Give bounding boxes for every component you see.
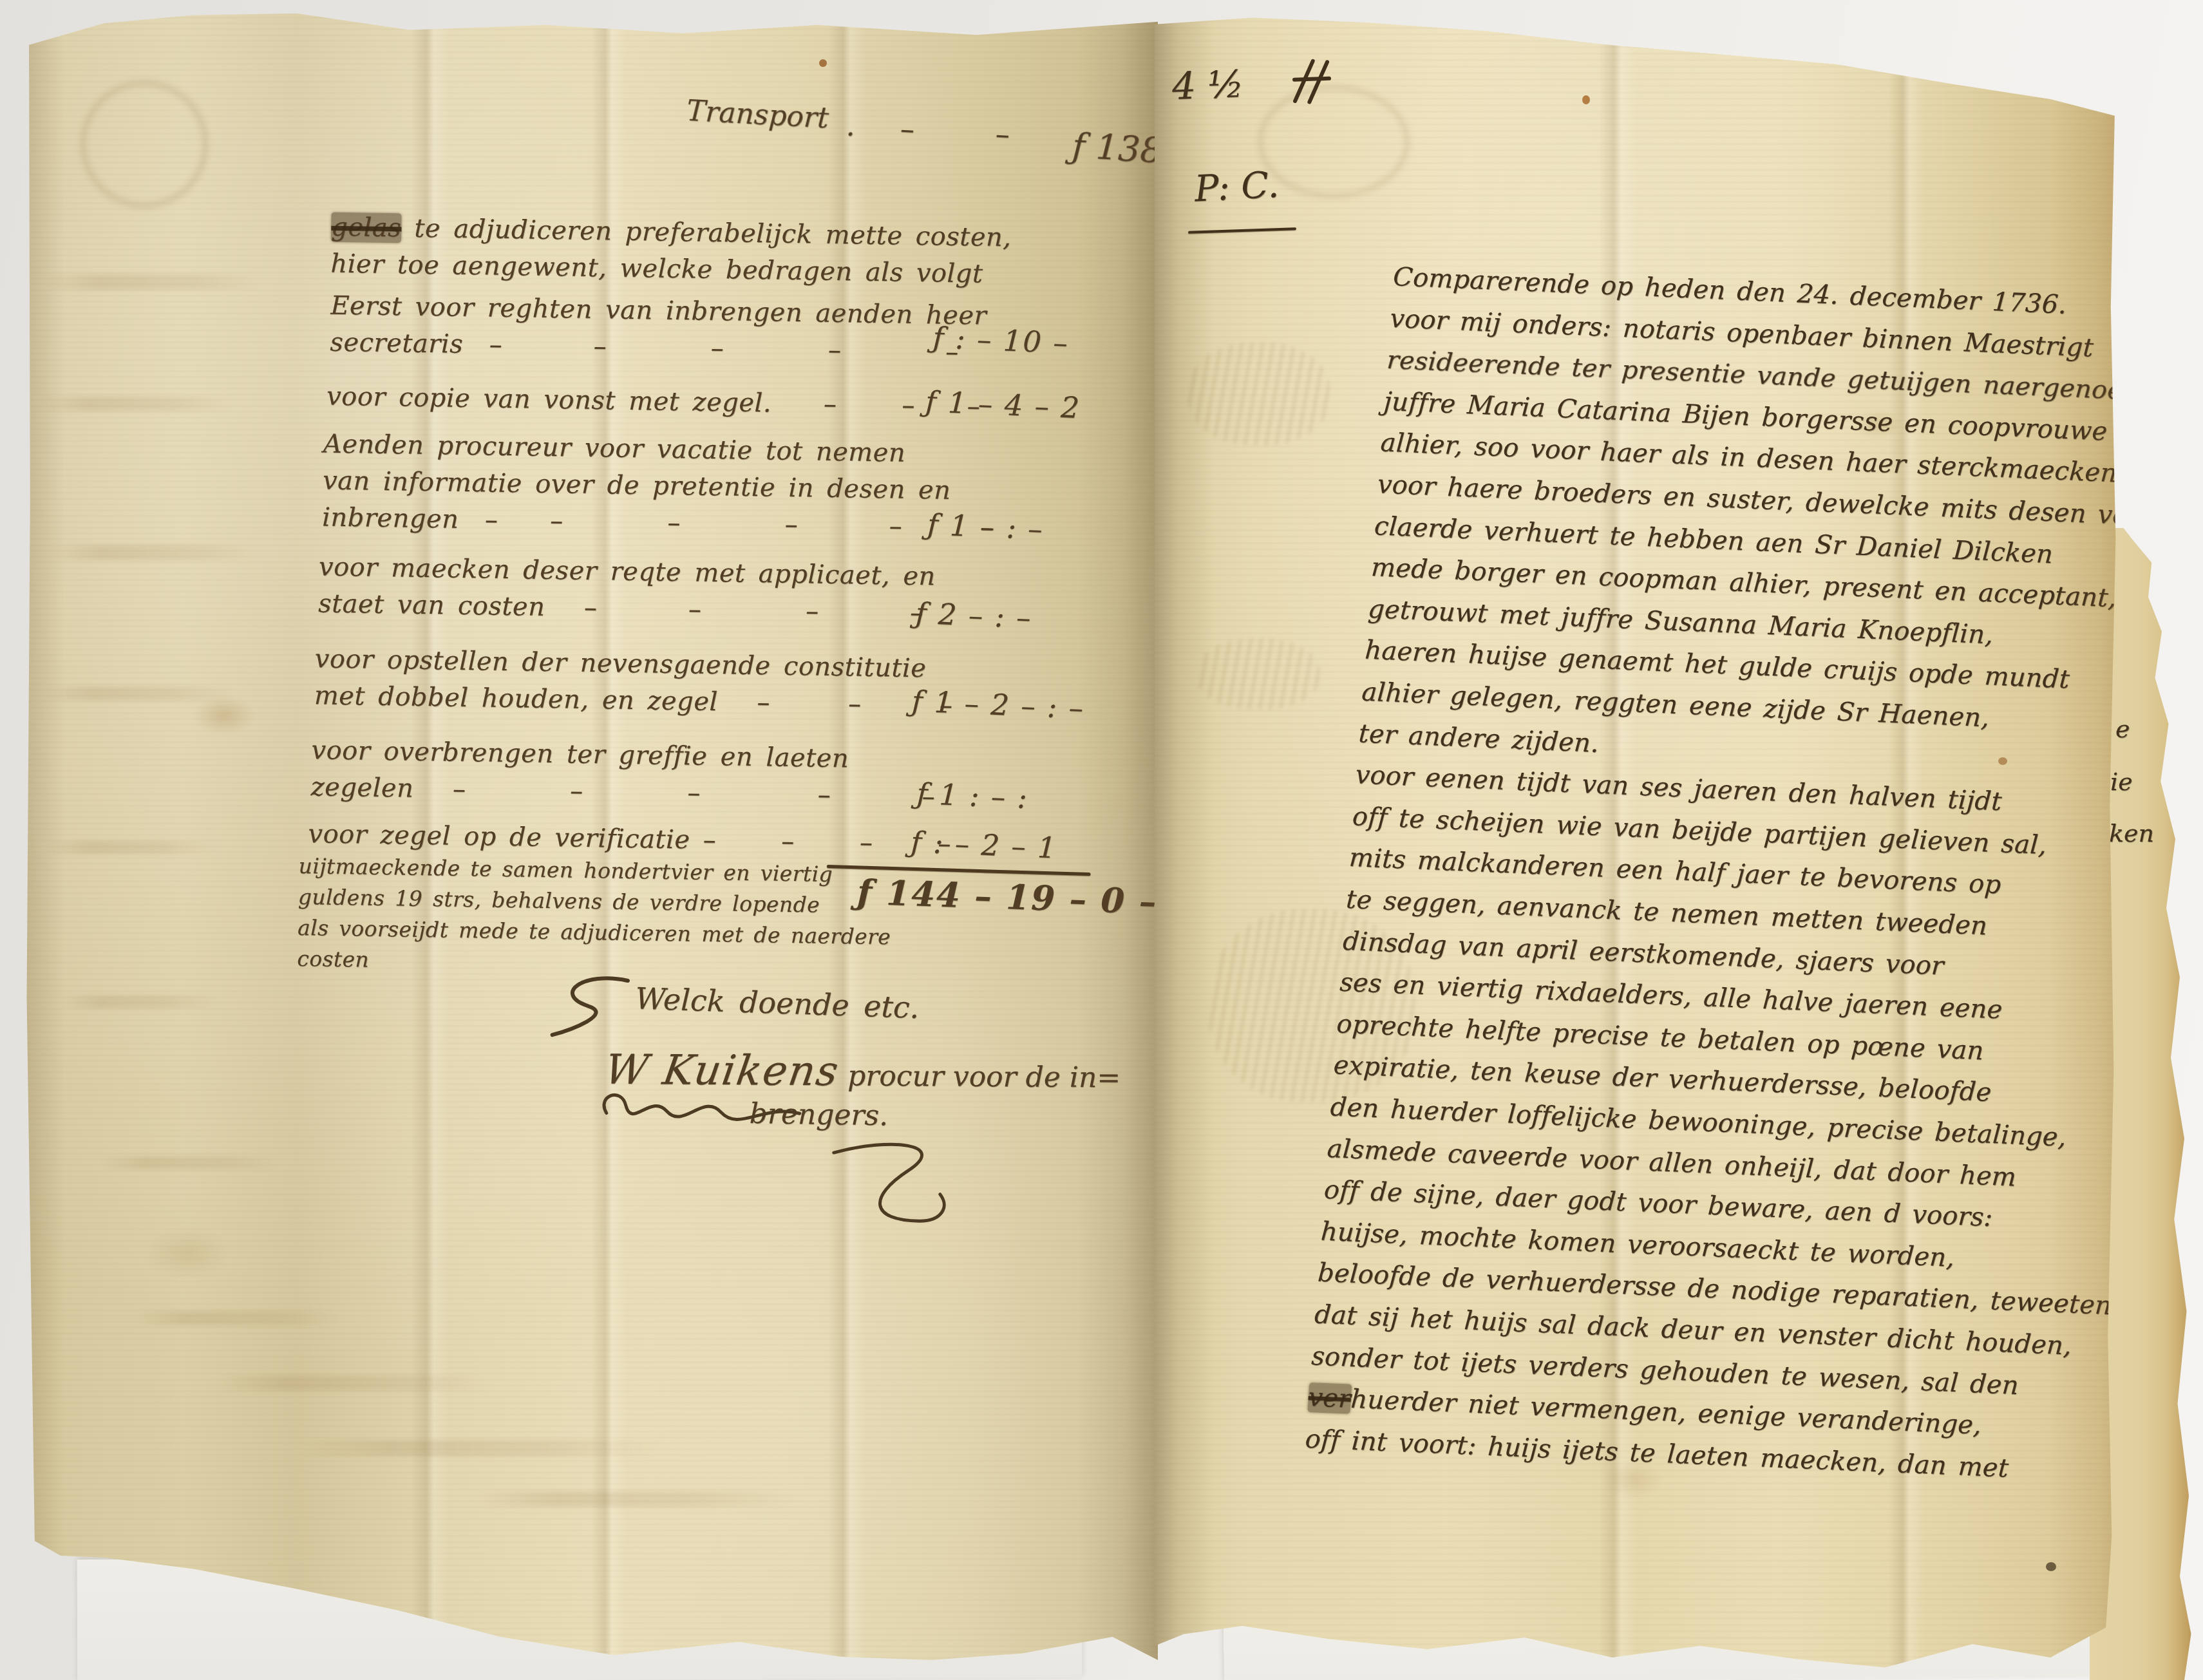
scanned-manuscript-spread: { "scan": { "backdrop_color": "#e9e7e4",… [0,0,2203,1680]
transport-leader: . – – [827,109,1073,155]
right-page-text-layer: 4 ½ P: C. Comparerende op heden den 24. … [1155,8,2128,1669]
torn-text-fragment: e [2115,715,2130,743]
signature-paraph [594,1073,834,1154]
cost-item: voor overbrengen ter greffie en laeten z… [310,732,936,815]
cost-amount: ƒ 1 – 4 – 2 [925,384,1081,425]
cost-amount: ƒ 1 – : – [927,507,1045,547]
cost-item: Aenden procureur voor vacatie tot nemen … [322,426,995,546]
pen-flourish [544,970,636,1043]
left-page-text-layer: Transport . – – ƒ 138– – gelas te adjudi… [1,0,1160,1672]
cost-item: voor opstellen der nevensgaende constitu… [314,641,953,724]
cost-amount: ƒ : – 2 – 1 [910,825,1058,865]
cost-item: voor copie van vonst met zegel. – – – [326,379,981,426]
cost-intro: gelas te adjudiceren preferabelijck mett… [330,209,1012,294]
signature-role: procur voor de in= [838,1059,1120,1094]
paper-duty-mark-icon [1286,52,1338,117]
cost-item: voor maecken deser reqte met applicaet, … [318,549,936,632]
signature-flourish [810,1138,979,1251]
cost-amount: ƒ 1 – 2 – : – [911,684,1085,725]
left-page: Transport . – – ƒ 138– – gelas te adjudi… [24,5,1158,1660]
cost-amount: ƒ : – 10 – [932,321,1070,361]
folio-number: 4 ½ [1171,62,1245,108]
torn-text-fragment: ken [2109,819,2154,847]
cost-amount: ƒ 2 – : – [915,596,1033,636]
deed-body: Comparerende op heden den 24. december 1… [1313,262,2115,1513]
torn-text-fragment: ie [2110,768,2133,796]
struck-word: ver [1307,1383,1352,1414]
cost-amount: ƒ 1 : – : [916,777,1029,815]
cost-item: Eerst voor reghten van inbrengen aenden … [330,288,987,372]
total-amount: ƒ 144 – 19 – 0 – [856,873,1158,922]
heading-underline [1188,227,1296,234]
closing-formula: Welck doende etc. [635,981,920,1025]
body-line: ter andere zijden. [1357,719,1600,759]
struck-word: gelas [331,212,402,243]
transport-label: Transport [686,95,829,135]
total-text: uijtmaeckende te samen hondertvier en vi… [297,851,892,983]
transport-amount: ƒ 138 [1071,126,1163,171]
transport-header: Transport . – – ƒ 138– – [630,52,1233,191]
heading-pc: P: C. [1193,164,1280,211]
right-page: 4 ½ P: C. Comparerende op heden den 24. … [1155,8,2128,1669]
